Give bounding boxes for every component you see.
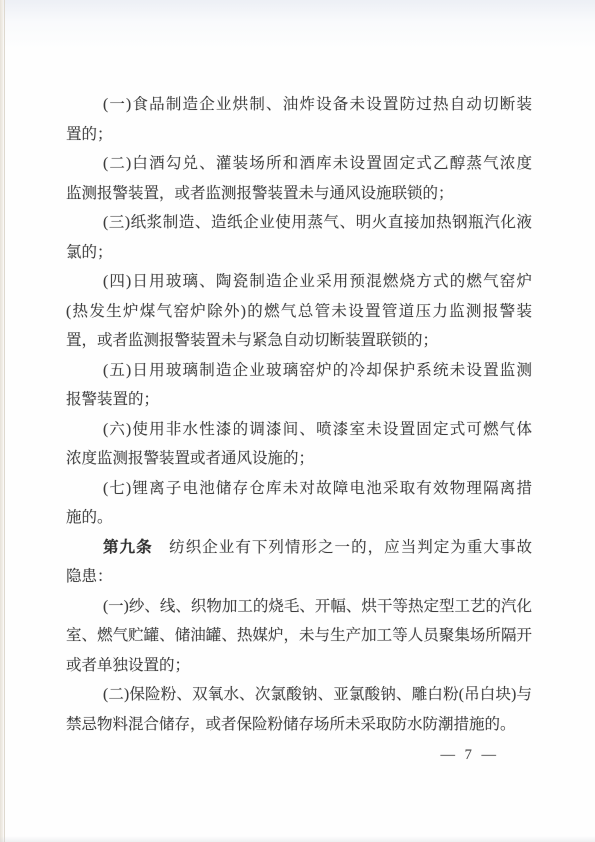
clause-line: 或者单独设置的； [66, 651, 532, 681]
scan-tint-top [0, 0, 595, 50]
clause-line: (七)锂离子电池储存仓库未对故障电池采取有效物理隔离措 [66, 474, 532, 504]
page-number: — 7 — [441, 747, 498, 764]
body-text: (一)食品制造企业烘制、油炸设备未设置防过热自动切断装 置的； (二)白酒勾兑、… [66, 90, 532, 739]
scan-edge-left [0, 0, 5, 842]
article-heading-text: 纺织企业有下列情形之一的，应当判定为重大事故 [153, 539, 532, 556]
clause-line: 监测报警装置，或者监测报警装置未与通风设施联锁的； [66, 179, 532, 209]
scan-tint-bottom [0, 836, 595, 842]
document-page: (一)食品制造企业烘制、油炸设备未设置防过热自动切断装 置的； (二)白酒勾兑、… [0, 0, 595, 842]
clause-line: 置，或者监测报警装置未与紧急自动切断装置联锁的； [66, 326, 532, 356]
clause-line: 禁忌物料混合储存，或者保险粉储存场所未采取防水防潮措施的。 [66, 710, 532, 740]
clause-line: 报警装置的； [66, 385, 532, 415]
clause-line: 室、燃气贮罐、储油罐、热媒炉，未与生产加工等人员聚集场所隔开 [66, 621, 532, 651]
article-heading-line: 第九条 纺织企业有下列情形之一的，应当判定为重大事故 [66, 533, 532, 563]
clause-line: (热发生炉煤气窑炉除外)的燃气总管未设置管道压力监测报警装 [66, 297, 532, 327]
clause-line: (一)纱、线、织物加工的烧毛、开幅、烘干等热定型工艺的汽化 [66, 592, 532, 622]
clause-line: (三)纸浆制造、造纸企业使用蒸气、明火直接加热钢瓶汽化液 [66, 208, 532, 238]
clause-line: (二)保险粉、双氧水、次氯酸钠、亚氯酸钠、雕白粉(吊白块)与 [66, 680, 532, 710]
clause-line: (五)日用玻璃制造企业玻璃窑炉的冷却保护系统未设置监测 [66, 356, 532, 386]
article-number: 第九条 [103, 539, 153, 556]
clause-line: 置的； [66, 120, 532, 150]
clause-line: (六)使用非水性漆的调漆间、喷漆室未设置固定式可燃气体 [66, 415, 532, 445]
clause-line: (一)食品制造企业烘制、油炸设备未设置防过热自动切断装 [66, 90, 532, 120]
clause-line: (二)白酒勾兑、灌装场所和酒库未设置固定式乙醇蒸气浓度 [66, 149, 532, 179]
clause-line: 施的。 [66, 503, 532, 533]
article-heading-line: 隐患： [66, 562, 532, 592]
clause-line: 浓度监测报警装置或者通风设施的； [66, 444, 532, 474]
clause-line: (四)日用玻璃、陶瓷制造企业采用预混燃烧方式的燃气窑炉 [66, 267, 532, 297]
clause-line: 氯的； [66, 238, 532, 268]
